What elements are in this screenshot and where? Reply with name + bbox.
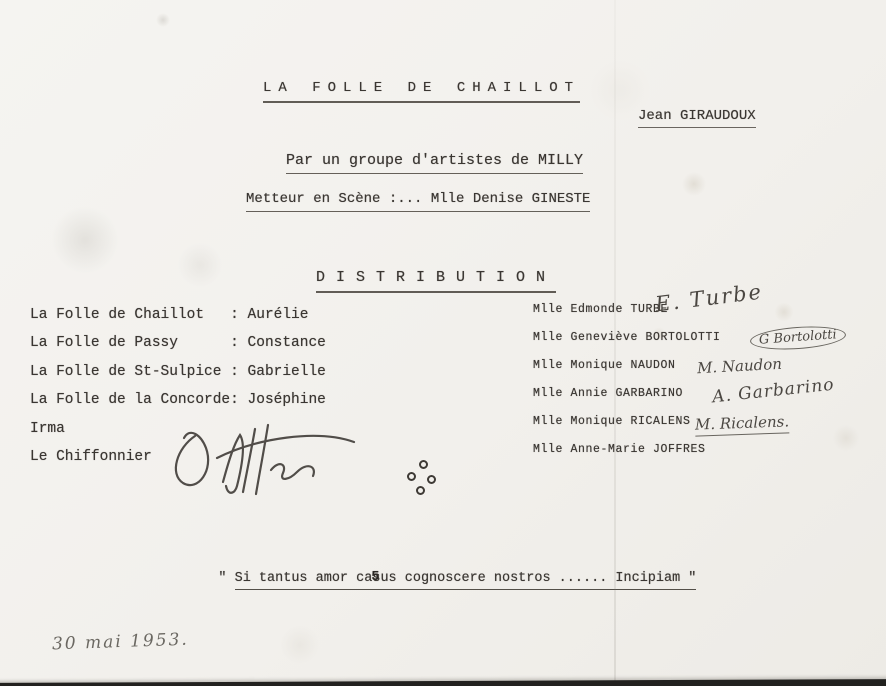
overstrike-mark: 5 — [371, 570, 379, 585]
signature-scrawl-icon — [165, 414, 360, 502]
fold-crease — [614, 0, 616, 686]
quote-open-mark: " — [218, 571, 234, 586]
scan-edge-shadow — [0, 679, 886, 686]
role-line: La Folle de Chaillot : Aurélie — [30, 301, 326, 329]
handwritten-annotation-ricalens: M. Ricalens. — [695, 412, 790, 436]
handwritten-annotation-bortolotti: G Bortolotti — [749, 324, 846, 353]
dot-icon — [427, 475, 436, 484]
troupe-line: Par un groupe d'artistes de MILLY — [286, 152, 583, 174]
dot-icon — [407, 472, 416, 481]
four-dots-ornament-icon — [406, 460, 440, 496]
cast-name: Mlle Geneviève BORTOLOTTI — [533, 324, 721, 352]
cast-name: Mlle Annie GARBARINO — [533, 380, 721, 408]
overstruck-letter: s5 — [372, 571, 380, 586]
latin-quote: " Si tantus amor cas5us cognoscere nostr… — [186, 556, 696, 601]
handwritten-annotation-garbarino: A. Garbarino — [711, 375, 835, 408]
role-line: La Folle de St-Sulpice : Gabrielle — [30, 358, 326, 386]
distribution-heading: DISTRIBUTION — [316, 269, 556, 293]
quote-text-post: us cognoscere nostros ...... Incipiam — [380, 571, 680, 586]
cast-name: Mlle Monique RICALENS — [533, 408, 721, 436]
quote-text: Si tantus amor cas5us cognoscere nostros… — [235, 571, 697, 590]
cast-name: Mlle Anne-Marie JOFFRES — [533, 436, 721, 464]
quote-close-mark: " — [680, 571, 696, 586]
handwritten-annotation-naudon: M. Naudon — [697, 355, 783, 377]
page-title: LA FOLLE DE CHAILLOT — [263, 80, 580, 103]
scanned-program-page: LA FOLLE DE CHAILLOT Jean GIRAUDOUX Par … — [0, 0, 886, 686]
director-line: Metteur en Scène :... Mlle Denise GINEST… — [246, 191, 590, 212]
role-line: La Folle de Passy : Constance — [30, 329, 326, 357]
dot-icon — [416, 486, 425, 495]
dot-icon — [419, 460, 428, 469]
author-name: Jean GIRAUDOUX — [638, 108, 756, 128]
cast-list: Mlle Edmonde TURBE Mlle Geneviève BORTOL… — [533, 296, 721, 464]
quote-text-pre: Si tantus amor ca — [235, 571, 373, 586]
role-line: La Folle de la Concorde: Joséphine — [30, 386, 326, 414]
cast-name: Mlle Monique NAUDON — [533, 352, 721, 380]
handwritten-date: 30 mai 1953. — [52, 630, 189, 655]
